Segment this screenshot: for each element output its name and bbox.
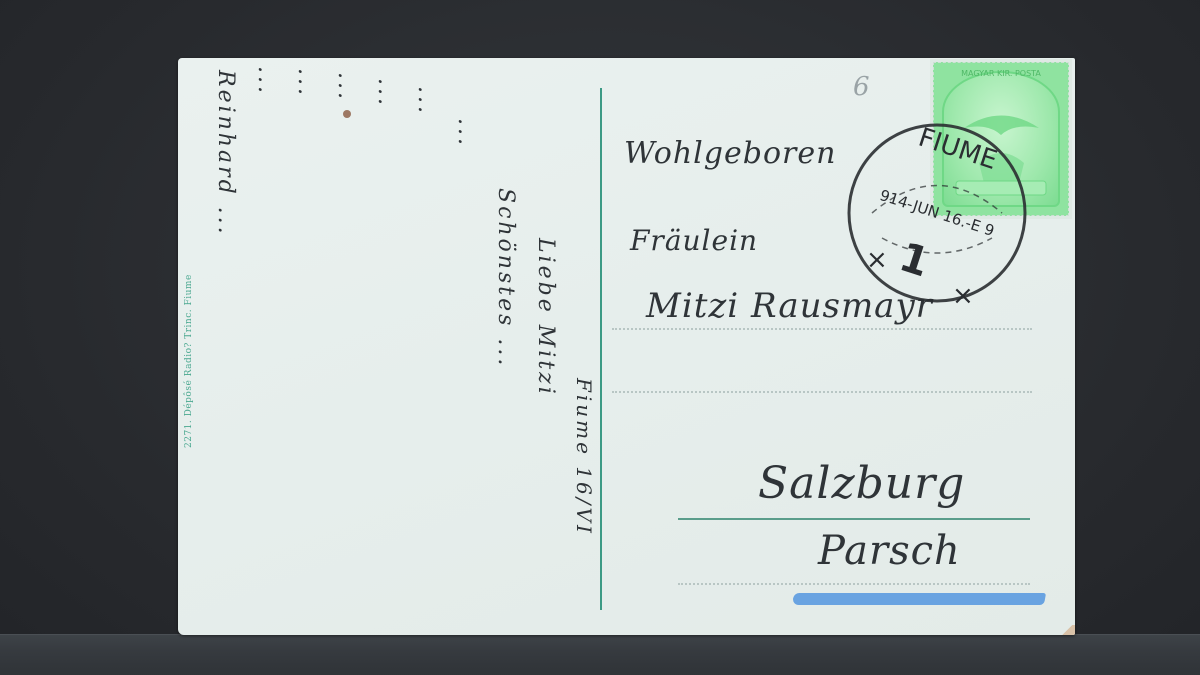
stamp-header: MAGYAR KIR. POSTA: [934, 69, 1068, 78]
message-line: Schönstes ...: [493, 188, 518, 368]
message-greeting: Liebe Mitzi: [533, 238, 558, 397]
address-dotted-line: [678, 583, 1030, 585]
message-line: ...: [413, 86, 438, 116]
publisher-imprint: 2271. Dépôsé Radio? Trinc. Fiume: [184, 274, 194, 448]
address-title: Fräulein: [630, 224, 758, 257]
address-dotted-line: [612, 328, 1032, 330]
postmark-cancel: FIUME 914-JUN 16.-E 9 1 × ×: [842, 118, 1032, 308]
display-ledge: [0, 634, 1200, 675]
address-solid-line: [678, 518, 1030, 520]
address-district: Parsch: [818, 528, 961, 574]
message-line: ...: [293, 68, 318, 98]
address-salutation: Wohlgeboren: [624, 136, 836, 171]
postcard: 2271. Dépôsé Radio? Trinc. Fiume Reinhar…: [178, 58, 1075, 635]
postmark-number: 1: [894, 234, 935, 286]
message-line: ...: [453, 118, 478, 148]
pencil-note: 6: [853, 72, 870, 102]
message-line: ...: [253, 66, 278, 96]
message-line: ...: [373, 78, 398, 108]
blue-crayon-mark: [792, 593, 1046, 605]
corner-wear: [1059, 625, 1075, 635]
postmark-date: 914-JUN 16.-E 9: [877, 186, 996, 240]
address-city: Salzburg: [758, 458, 965, 509]
message-place-date: Fiume 16/VI: [572, 378, 596, 536]
divider-line: [600, 88, 602, 610]
message-line: Reinhard ...: [213, 70, 238, 237]
postmark-cross-icon: ×: [866, 245, 888, 275]
stain-spot: [343, 110, 351, 118]
postmark-cross-icon: ×: [952, 281, 974, 308]
message-line: ...: [333, 72, 358, 102]
postmark-city: FIUME: [915, 123, 1001, 176]
address-dotted-line: [612, 391, 1032, 393]
